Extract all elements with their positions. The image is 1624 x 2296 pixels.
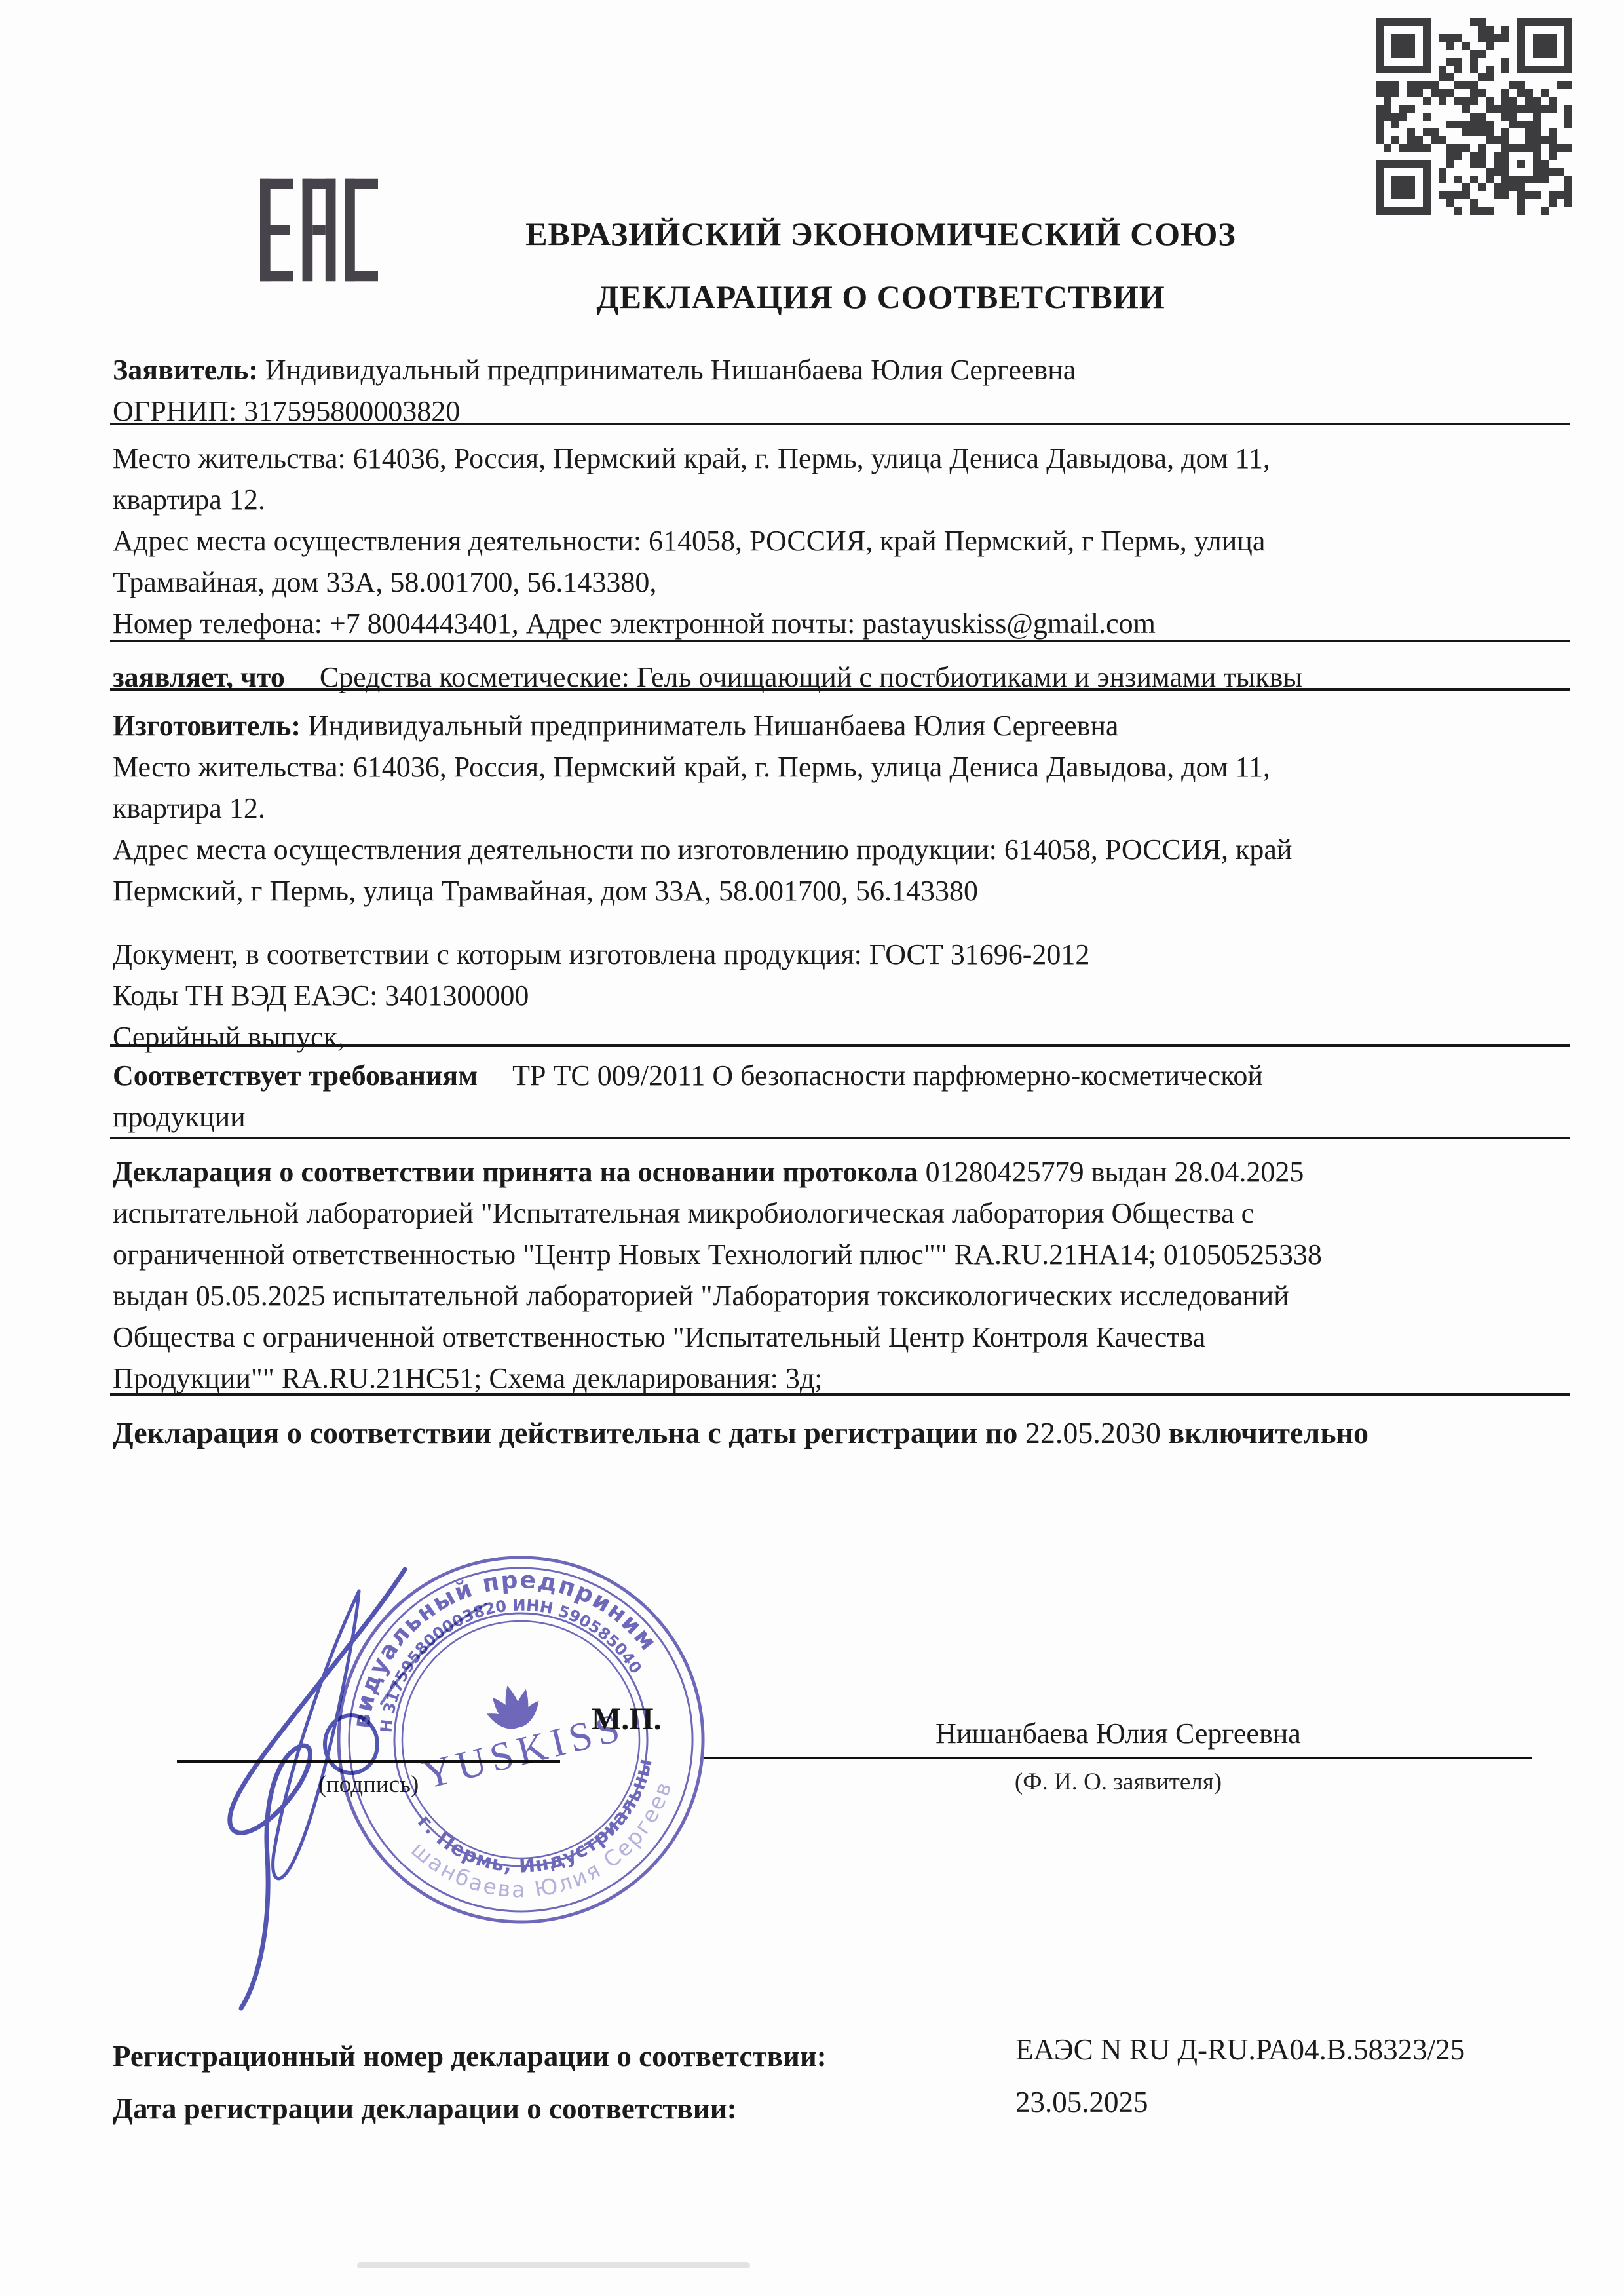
fio-line [704, 1757, 1532, 1759]
validity-label: Декларация о соответствии действительна … [113, 1416, 1017, 1449]
basis-line: ограниченной ответственностью "Центр Нов… [113, 1234, 1322, 1275]
manufacturer-address-line: Пермский, г Пермь, улица Трамвайная, дом… [113, 870, 978, 911]
registration-number-label: Регистрационный номер декларации о соотв… [113, 2039, 827, 2073]
page-subtitle: ДЕКЛАРАЦИЯ О СООТВЕТСТВИИ [69, 278, 1624, 316]
basis-line: Общества с ограниченной ответственностью… [113, 1316, 1205, 1358]
scan-artifact [357, 2262, 750, 2268]
manufacturer-label: Изготовитель: [113, 710, 301, 742]
divider [110, 640, 1570, 642]
compliance-regulation: ТР ТС 009/2011 О безопасности парфюмерно… [512, 1060, 1263, 1092]
basis-line: испытательной лабораторией "Испытательна… [113, 1193, 1254, 1234]
divider [110, 688, 1570, 691]
declaration-document: ЕВРАЗИЙСКИЙ ЭКОНОМИЧЕСКИЙ СОЮЗ ДЕКЛАРАЦИ… [0, 0, 1624, 2296]
basis-row: Декларация о соответствии принята на осн… [113, 1151, 1304, 1193]
fio-caption: (Ф. И. О. заявителя) [704, 1768, 1532, 1796]
validity-row: Декларация о соответствии действительна … [113, 1415, 1369, 1450]
divider [110, 1137, 1570, 1139]
signature-ink [98, 1507, 590, 2031]
basis-protocol: 01280425779 выдан 28.04.2025 [926, 1156, 1304, 1188]
applicant-contacts: Номер телефона: +7 8004443401, Адрес эле… [113, 603, 1156, 644]
stamp-place-label: М.П. [592, 1701, 662, 1737]
validity-suffix: включительно [1168, 1416, 1369, 1449]
applicant-address-line: Адрес места осуществления деятельности: … [113, 520, 1265, 562]
product-release-type: Серийный выпуск, [113, 1016, 345, 1058]
registration-date-label: Дата регистрации декларации о соответств… [113, 2092, 737, 2126]
applicant-ogrnip: ОГРНИП: 317595800003820 [113, 391, 460, 432]
manufacturer-address-line: Адрес места осуществления деятельности п… [113, 829, 1292, 870]
registration-number-value: ЕАЭС N RU Д-RU.РА04.В.58323/25 [1015, 2033, 1465, 2067]
qr-code-icon [1376, 18, 1572, 215]
declares-row: заявляет, что Средства косметические: Ге… [113, 657, 1302, 698]
compliance-label: Соответствует требованиям [113, 1060, 478, 1092]
manufacturer-address-line: квартира 12. [113, 788, 265, 829]
applicant-name: Индивидуальный предприниматель Нишанбаев… [265, 354, 1076, 386]
applicant-row: Заявитель: Индивидуальный предпринимател… [113, 349, 1076, 391]
compliance-regulation-cont: продукции [113, 1096, 246, 1138]
product-standard: Документ, в соответствии с которым изгот… [113, 934, 1089, 975]
registration-date-value: 23.05.2025 [1015, 2085, 1148, 2119]
page-title: ЕВРАЗИЙСКИЙ ЭКОНОМИЧЕСКИЙ СОЮЗ [69, 215, 1624, 253]
applicant-address-line: Трамвайная, дом 33А, 58.001700, 56.14338… [113, 562, 656, 603]
manufacturer-name: Индивидуальный предприниматель Нишанбаев… [308, 710, 1118, 742]
applicant-label: Заявитель: [113, 354, 258, 386]
divider [110, 1044, 1570, 1047]
fio-name: Нишанбаева Юлия Сергеевна [704, 1713, 1532, 1754]
applicant-address-line: Место жительства: 614036, Россия, Пермск… [113, 438, 1270, 479]
applicant-address-line: квартира 12. [113, 479, 265, 520]
basis-line: выдан 05.05.2025 испытательной лаборатор… [113, 1275, 1289, 1316]
compliance-row: Соответствует требованиям ТР ТС 009/2011… [113, 1055, 1263, 1096]
manufacturer-address-line: Место жительства: 614036, Россия, Пермск… [113, 746, 1270, 788]
divider [110, 1393, 1570, 1396]
product-tnved-code: Коды ТН ВЭД ЕАЭС: 3401300000 [113, 975, 529, 1016]
manufacturer-row: Изготовитель: Индивидуальный предпринима… [113, 705, 1118, 746]
validity-date: 22.05.2030 [1025, 1416, 1161, 1449]
divider [110, 423, 1570, 425]
basis-label: Декларация о соответствии принята на осн… [113, 1156, 918, 1188]
